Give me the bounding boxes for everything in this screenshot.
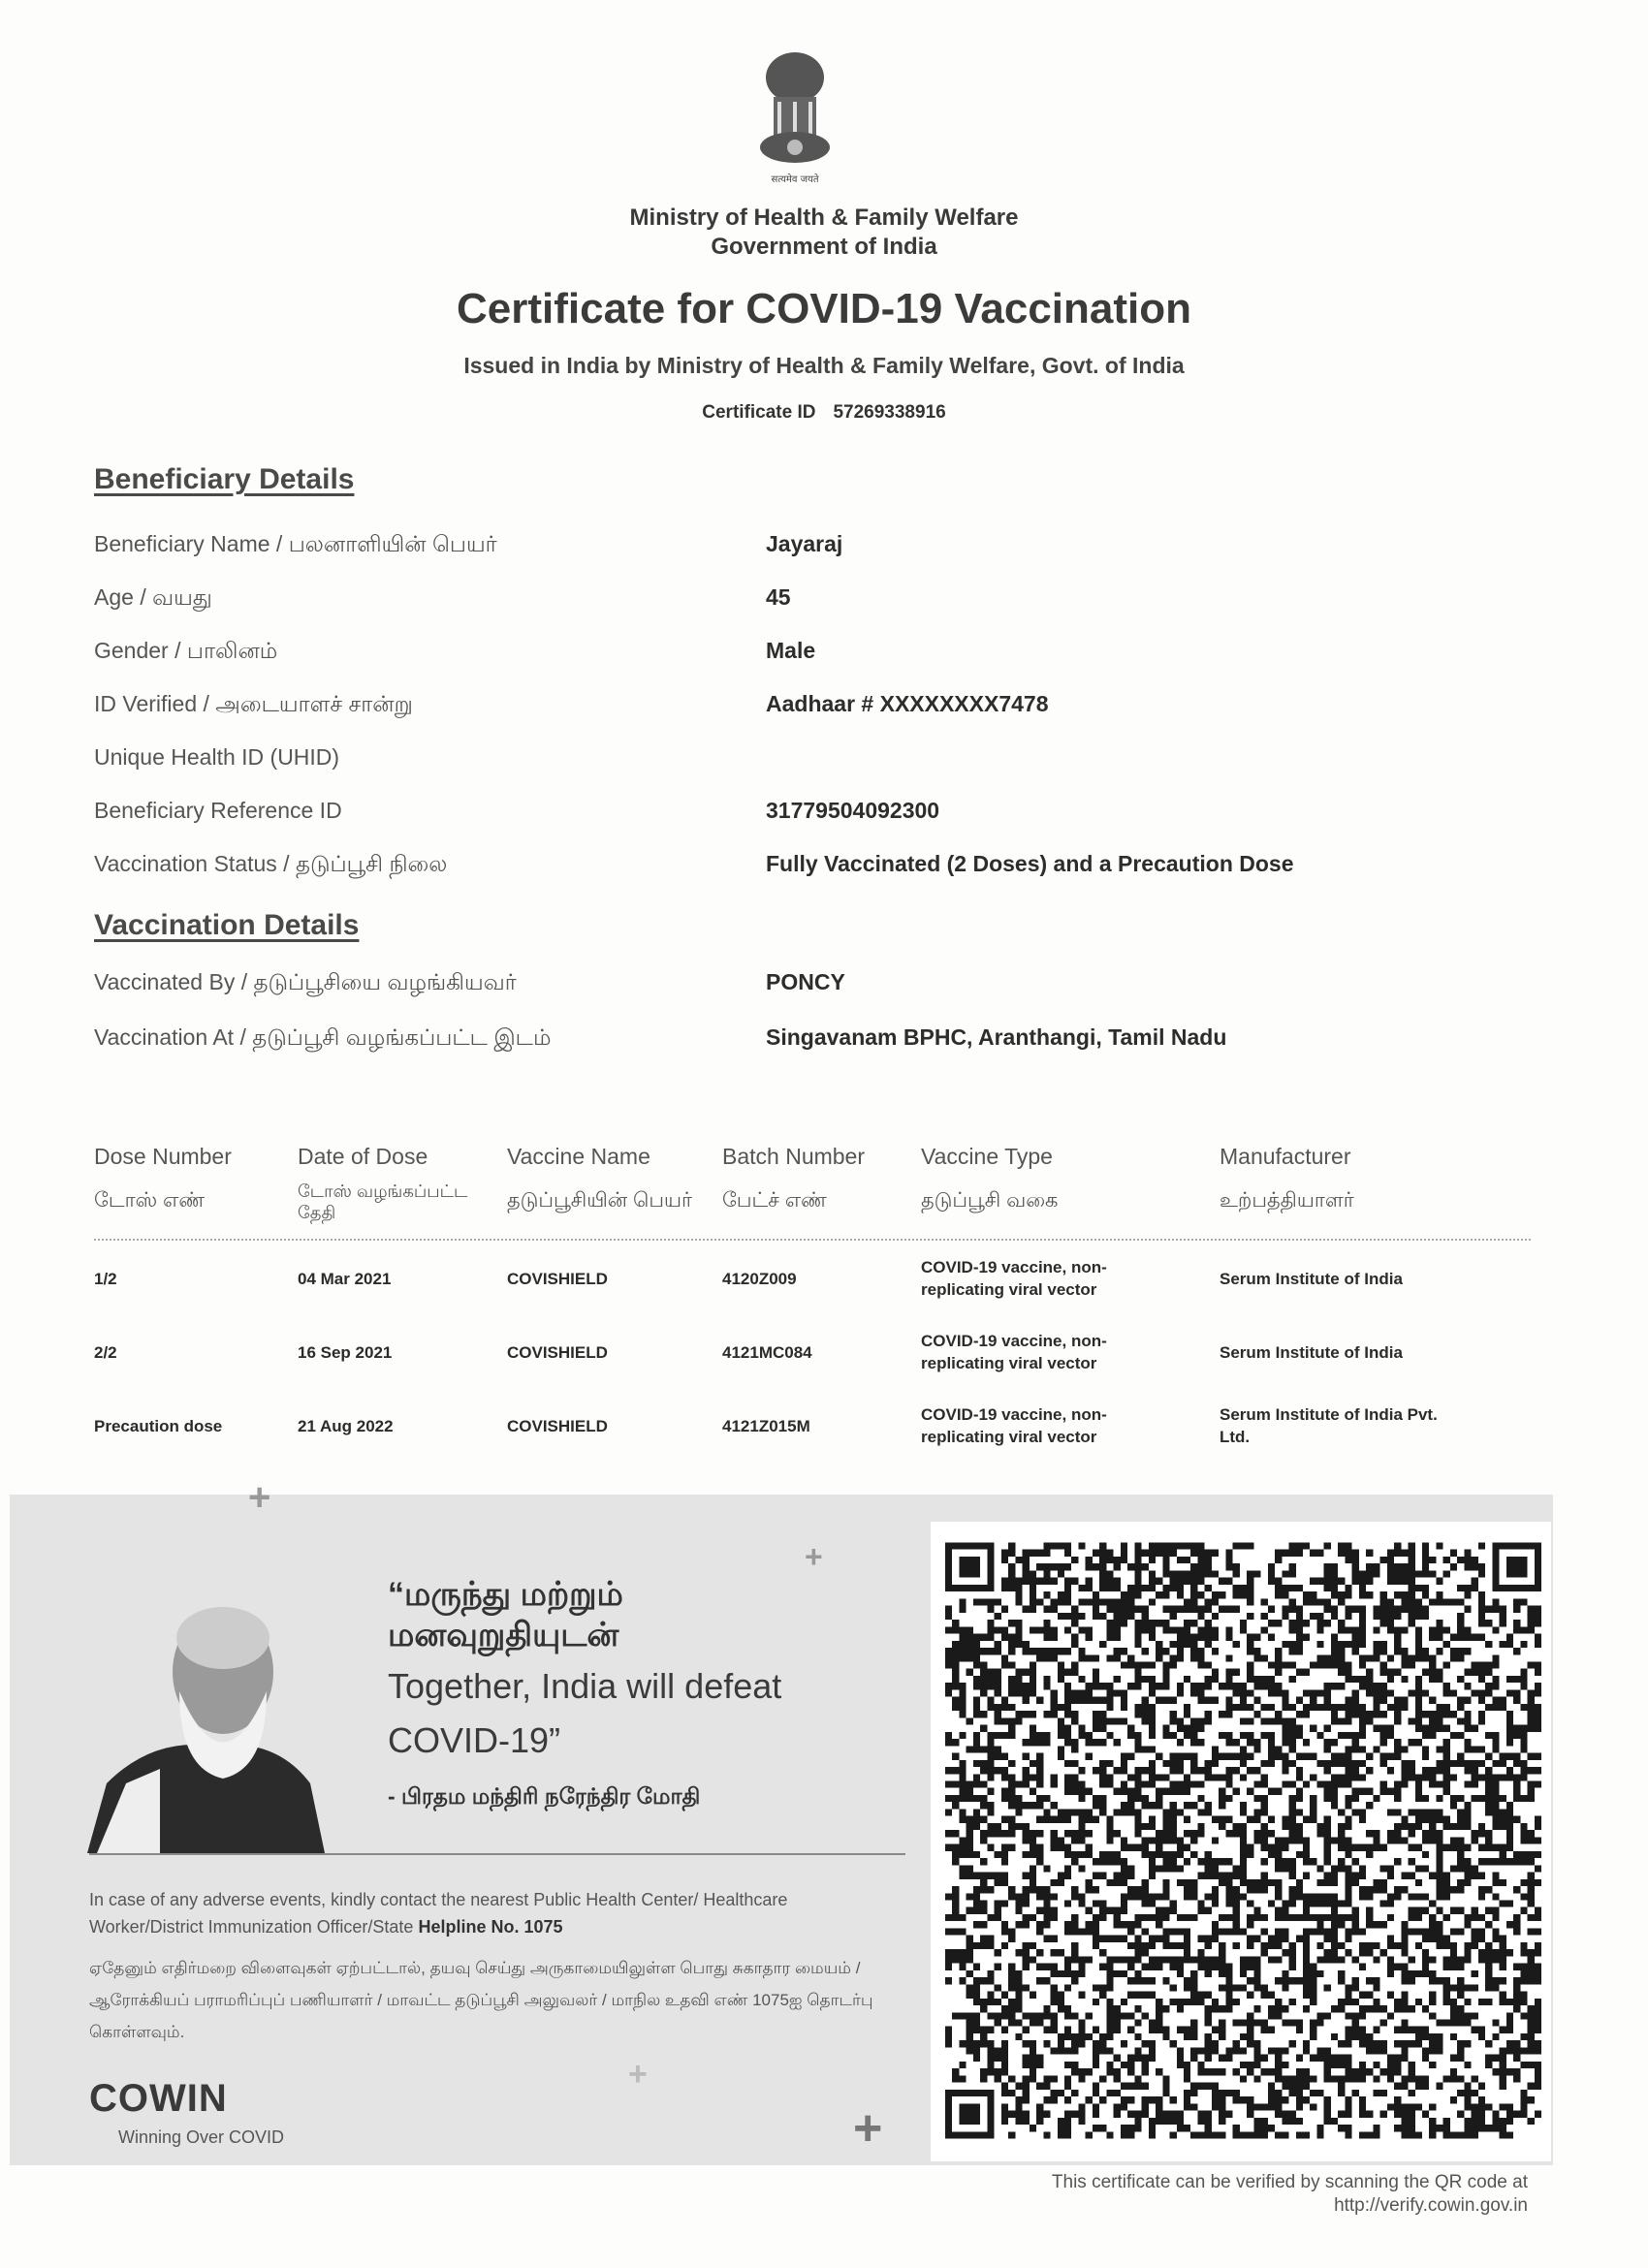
column-header-tamil: தடுப்பூசி வகை — [921, 1190, 1059, 1212]
panel-divider — [89, 1853, 905, 1855]
government-line: Government of India — [0, 233, 1648, 262]
quote-tamil-line: மனவுறுதியுடன் — [388, 1615, 623, 1655]
column-header-tamil: பேட்ச் எண் — [722, 1190, 827, 1212]
cowin-tagline: Winning Over COVID — [118, 2127, 284, 2148]
quote-english-line: COVID-19” — [388, 1714, 781, 1768]
beneficiary-field-label: Gender / பாலினம் — [94, 638, 277, 667]
table-cell: COVID-19 vaccine, non-replicating viral … — [921, 1256, 1163, 1301]
table-cell: 4121Z015M — [722, 1415, 810, 1437]
column-header-tamil: உற்பத்தியாளர் — [1220, 1190, 1354, 1212]
issued-by: Issued in India by Ministry of Health & … — [0, 353, 1648, 379]
beneficiary-field-label: Beneficiary Name / பலனாளியின் பெயர் — [94, 531, 497, 560]
table-cell: COVID-19 vaccine, non-replicating viral … — [921, 1330, 1163, 1374]
table-cell: Precaution dose — [94, 1415, 222, 1437]
qr-code-icon[interactable] — [945, 1541, 1541, 2140]
vaccination-field-label: Vaccination At / தடுப்பூசி வழங்கப்பட்ட இ… — [94, 1024, 552, 1054]
beneficiary-field-label: Unique Health ID (UHID) — [94, 744, 339, 771]
beneficiary-field-value: Aadhaar # XXXXXXXX7478 — [766, 691, 1049, 717]
certificate-id: Certificate ID57269338916 — [0, 402, 1648, 424]
table-cell: Serum Institute of India Pvt. Ltd. — [1220, 1403, 1442, 1448]
column-header: Batch Number — [722, 1144, 865, 1170]
svg-text:सत्यमेव जयते: सत्यमेव जयते — [771, 173, 818, 185]
column-header-tamil: டோஸ் எண் — [94, 1190, 205, 1212]
quote-tamil: “மருந்து மற்றும் மனவுறுதியுடன் — [388, 1574, 623, 1655]
verify-line: This certificate can be verified by scan… — [931, 2171, 1528, 2194]
plus-icon: + — [248, 1478, 270, 1517]
cowin-logo: COWIN — [89, 2077, 228, 2121]
beneficiary-field-value: 45 — [766, 584, 791, 611]
beneficiary-field-label: Vaccination Status / தடுப்பூசி நிலை — [94, 851, 447, 880]
certificate-id-value: 57269338916 — [833, 402, 945, 423]
table-cell: Serum Institute of India — [1220, 1268, 1442, 1290]
quote-english: Together, India will defeat COVID-19” — [388, 1659, 781, 1768]
column-header: Dose Number — [94, 1144, 232, 1170]
table-cell: COVISHIELD — [507, 1415, 608, 1437]
column-header: Manufacturer — [1220, 1144, 1351, 1170]
verify-url[interactable]: http://verify.cowin.gov.in — [931, 2194, 1528, 2218]
table-cell: 2/2 — [94, 1341, 117, 1364]
beneficiary-field-label: Beneficiary Reference ID — [94, 798, 342, 824]
table-cell: COVID-19 vaccine, non-replicating viral … — [921, 1403, 1163, 1448]
plus-icon: + — [628, 2055, 648, 2094]
adverse-events-tamil: ஏதேனும் எதிர்மறை விளைவுகள் ஏற்பட்டால், த… — [89, 1952, 894, 2048]
column-header: Vaccine Type — [921, 1144, 1053, 1170]
table-cell: COVISHIELD — [507, 1268, 608, 1290]
vaccination-field-label: Vaccinated By / தடுப்பூசியை வழங்கியவர் — [94, 969, 517, 998]
table-cell: COVISHIELD — [507, 1341, 608, 1364]
beneficiary-field-value: 31779504092300 — [766, 798, 939, 824]
beneficiary-field-label: ID Verified / அடையாளச் சான்று — [94, 691, 413, 720]
table-cell: 04 Mar 2021 — [298, 1268, 391, 1290]
beneficiary-details-heading: Beneficiary Details — [94, 463, 354, 496]
table-cell: 16 Sep 2021 — [298, 1341, 392, 1364]
column-header: Date of Dose — [298, 1144, 428, 1170]
quote-tamil-line: “மருந்து மற்றும் — [388, 1574, 623, 1615]
table-divider — [94, 1239, 1531, 1241]
national-emblem-icon: सत्यमेव जयते — [746, 48, 843, 194]
beneficiary-field-value: Fully Vaccinated (2 Doses) and a Precaut… — [766, 851, 1294, 877]
prime-minister-portrait-icon — [87, 1599, 339, 1853]
table-cell: 4120Z009 — [722, 1268, 797, 1290]
ministry-name: Ministry of Health & Family Welfare Gove… — [0, 204, 1648, 262]
vaccination-field-value: Singavanam BPHC, Aranthangi, Tamil Nadu — [766, 1024, 1226, 1051]
page-title: Certificate for COVID-19 Vaccination — [0, 285, 1648, 333]
table-cell: 4121MC084 — [722, 1341, 812, 1364]
plus-icon: + — [805, 1537, 823, 1576]
quote-attribution: - பிரதம மந்திரி நரேந்திர மோதி — [388, 1783, 700, 1812]
certificate-id-label: Certificate ID — [702, 402, 815, 423]
column-header-tamil: டோஸ் வழங்கப்பட்ட தேதி — [298, 1181, 491, 1223]
table-cell: 21 Aug 2022 — [298, 1415, 394, 1437]
helpline-number: Helpline No. 1075 — [418, 1917, 562, 1937]
adverse-events-english: In case of any adverse events, kindly co… — [89, 1886, 894, 1940]
beneficiary-field-label: Age / வயது — [94, 584, 212, 614]
vaccination-details-heading: Vaccination Details — [94, 909, 359, 942]
table-cell: Serum Institute of India — [1220, 1341, 1442, 1364]
ministry-line: Ministry of Health & Family Welfare — [0, 204, 1648, 233]
beneficiary-field-value: Male — [766, 638, 815, 664]
quote-english-line: Together, India will defeat — [388, 1659, 781, 1714]
beneficiary-field-value: Jayaraj — [766, 531, 842, 557]
table-cell: 1/2 — [94, 1268, 117, 1290]
column-header: Vaccine Name — [507, 1144, 650, 1170]
verify-note: This certificate can be verified by scan… — [931, 2171, 1528, 2218]
column-header-tamil: தடுப்பூசியின் பெயர் — [507, 1190, 692, 1212]
plus-icon: + — [853, 2109, 882, 2148]
vaccination-field-value: PONCY — [766, 969, 845, 995]
